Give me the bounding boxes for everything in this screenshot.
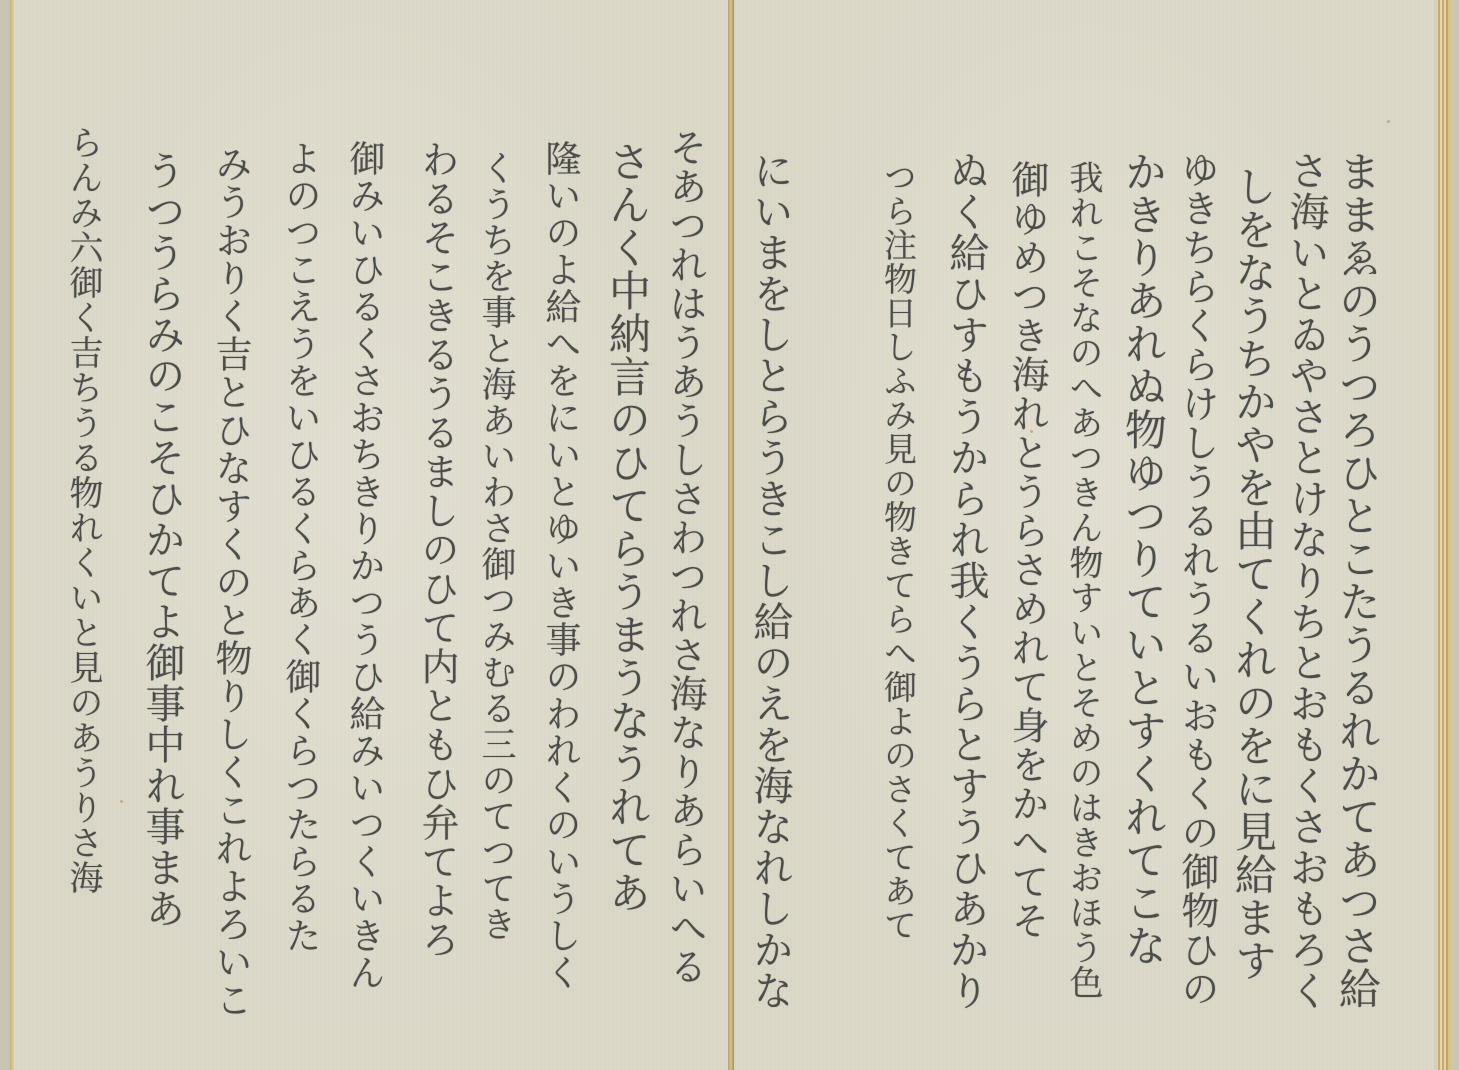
left-page-column-3: 隆いのよ給へをにいとゆいき事のわれくのいうしく: [542, 140, 578, 991]
left-page-column-1: そあつれはうあうしさわつれさ海なりあらいへる: [666, 128, 704, 986]
right-page-fore-edge: [1434, 0, 1459, 1070]
left-page-edge-line: [10, 0, 14, 1070]
paper-speck: [1030, 430, 1033, 433]
left-page-edge: [0, 0, 10, 1070]
left-page-column-8: みうおりく吉とひなすくのと物りしくこれよろいこ: [212, 145, 249, 1019]
right-page-column-5: かきりあれぬ物ゆつりていとすくれてこな: [1122, 150, 1164, 967]
right-page-column-7: 御ゆめつき海れとうらさめれて身をかへてそ: [1008, 160, 1046, 940]
left-page-column-2: さんく中納言のひてらうまうなうれてあ: [606, 140, 648, 914]
left-page-column-9: うつうらみのこそひかてよ御事中れ事まあ: [142, 150, 182, 929]
paper-speck: [120, 800, 123, 803]
book-spread: ままゑのうつろひとこたうるれかてあつさ給 さ海いとゐやさとけなりちとおもくさおも…: [0, 0, 1459, 1070]
left-page-column-10: らんみ六御く吉ちうる物れくいと見のあうりさ海: [66, 125, 100, 895]
right-page-column-9: つら注物日しふみ見の物きてらへ御よのさくてあて: [882, 160, 915, 942]
left-page-column-5: わるそこきるうるましのひて内ともひ弁てよろ: [418, 140, 456, 959]
paper-speck: [95, 700, 98, 703]
right-page-column-1: ままゑのうつろひとこたうるれかてあつさ給: [1336, 150, 1378, 1010]
paper-speck: [1387, 120, 1390, 123]
right-page-column-3: しをなうちかやを由てくれのをに見給ます: [1232, 165, 1274, 982]
right-page-column-4: ゆきちらくらけしうるれうるいおもくの御物ひの: [1178, 150, 1216, 1008]
left-page-column-7: よのつこえうをいひるくらあく御くらつたらるた: [282, 140, 318, 954]
right-page-column-10: にいまをしとらうきこし給のえを海なれしかな: [750, 150, 790, 1011]
right-page-column-8: ぬく給ひすもうかられ我くうらとすうひあかり: [946, 150, 986, 1011]
right-page-column-2: さ海いとゐやさとけなりちとおもくさおもろく: [1286, 150, 1326, 1011]
right-page-column-6: 我れこそなのへあつきん物すいとそめのはきおほう色: [1066, 160, 1100, 1000]
left-page-column-6: 御みいひるくさおちきりかつうひ給みいつくいきん: [346, 140, 382, 991]
left-page-column-4: くうちを事と海あいわさ御つみむる三のてつてき: [478, 150, 513, 942]
